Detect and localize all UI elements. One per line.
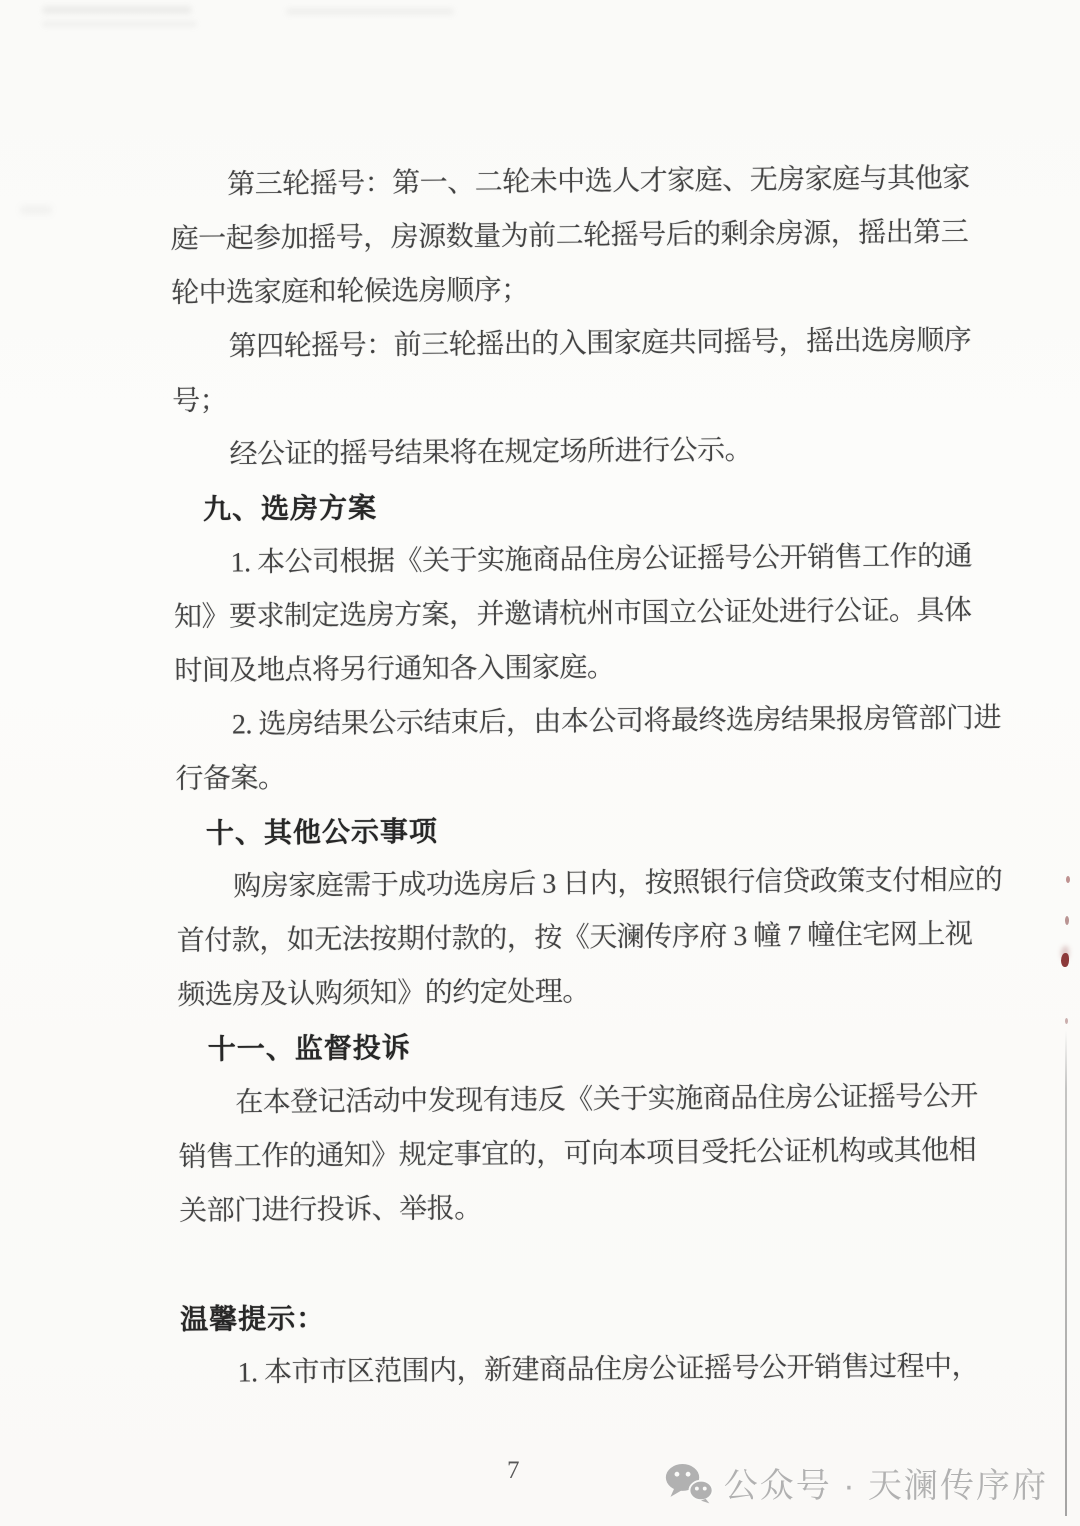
doc-line: 第四轮摇号：前三轮摇出的入围家庭共同摇号，摇出选房顺序 (171, 314, 971, 375)
doc-line: 经公证的摇号结果将在规定场所进行公示。 (172, 422, 972, 483)
doc-line: 1. 本公司根据《关于实施商品住房公证摇号公开销售工作的通 (173, 530, 973, 591)
doc-line: 首付款，如无法按期付款的，按《天澜传序府 3 幢 7 幢住宅网上视 (177, 908, 977, 969)
page-number: 7 (507, 1457, 520, 1485)
doc-line: 频选房及认购须知》的约定处理。 (177, 962, 977, 1023)
doc-line: 销售工作的通知》规定事宜的，可向本项目受托公证机构或其他相 (178, 1124, 978, 1185)
doc-line: 关部门进行投诉、举报。 (179, 1178, 979, 1239)
doc-line: 庭一起参加摇号，房源数量为前二轮摇号后的剩余房源，摇出第三 (170, 206, 970, 267)
section-heading-warm-tips: 温馨提示： (180, 1286, 980, 1347)
scan-edge-line (1065, 1030, 1067, 1516)
document-body: 第三轮摇号：第一、二轮未中选人才家庭、无房家庭与其他家 庭一起参加摇号，房源数量… (170, 152, 981, 1401)
doc-line: 1. 本市市区范围内，新建商品住房公证摇号公开销售过程中， (180, 1340, 980, 1401)
doc-line: 时间及地点将另行通知各入围家庭。 (174, 638, 974, 699)
doc-line: 2. 选房结果公示结束后，由本公司将最终选房结果报房管部门进 (175, 692, 975, 753)
section-heading-house-selection-plan: 九、选房方案 (173, 476, 973, 537)
doc-line: 第三轮摇号：第一、二轮未中选人才家庭、无房家庭与其他家 (170, 152, 970, 213)
scan-smudge (20, 205, 52, 215)
red-ink-speck (1065, 916, 1069, 925)
paragraph-gap (179, 1232, 979, 1293)
watermark: 公众号 · 天澜传序府 (664, 1458, 1048, 1507)
wechat-icon (664, 1462, 714, 1504)
watermark-text: 公众号 · 天澜传序府 (724, 1458, 1048, 1507)
scan-smudge (42, 21, 197, 27)
red-ink-speck (1061, 953, 1069, 967)
doc-line: 号； (172, 368, 972, 429)
scan-smudge (286, 8, 454, 15)
doc-line: 购房家庭需于成功选房后 3 日内，按照银行信贷政策支付相应的 (176, 854, 976, 915)
scan-smudge (42, 6, 192, 14)
scanned-document-page: 第三轮摇号：第一、二轮未中选人才家庭、无房家庭与其他家 庭一起参加摇号，房源数量… (0, 0, 1080, 1526)
doc-line: 轮中选家庭和轮候选房顺序； (171, 260, 971, 321)
section-heading-other-notices: 十、其他公示事项 (176, 800, 976, 861)
doc-line: 行备案。 (175, 746, 975, 807)
red-ink-speck (1066, 876, 1070, 883)
doc-line: 知》要求制定选房方案，并邀请杭州市国立公证处进行公证。具体 (174, 584, 974, 645)
section-heading-supervision-complaints: 十一、监督投诉 (178, 1016, 978, 1077)
red-ink-speck (1065, 1018, 1068, 1024)
doc-line: 在本登记活动中发现有违反《关于实施商品住房公证摇号公开 (178, 1070, 978, 1131)
